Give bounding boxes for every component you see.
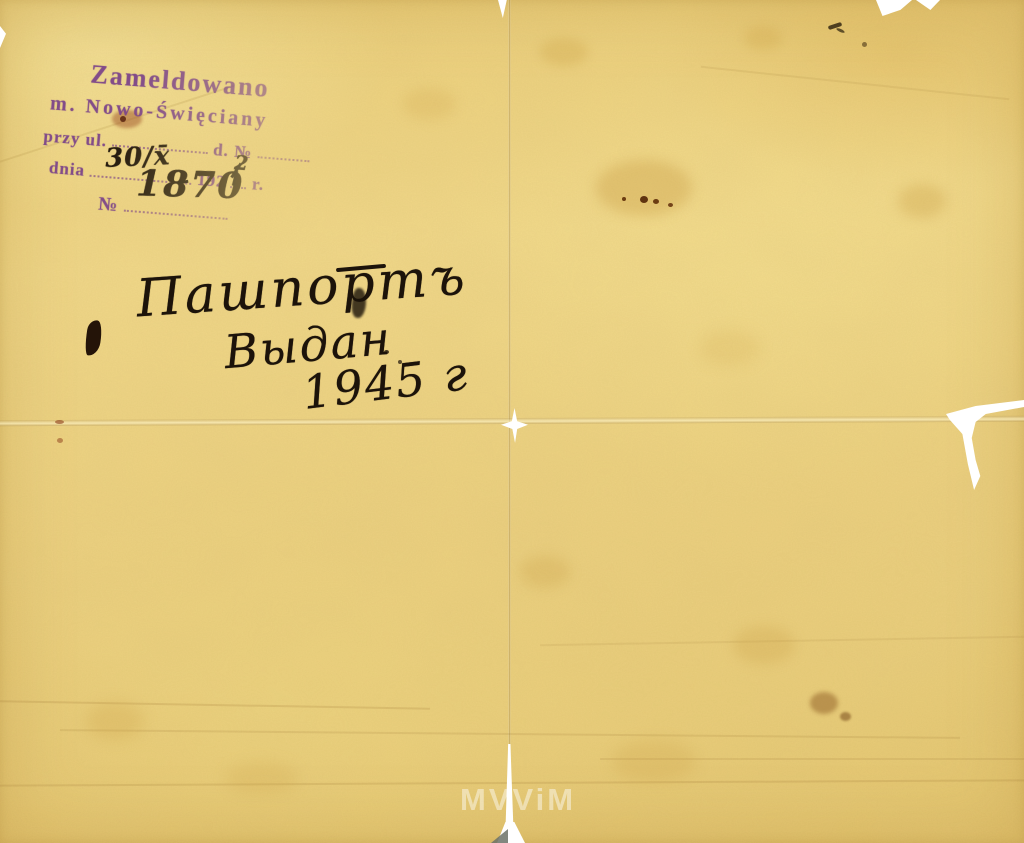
document-scan: Zameldowano m. Nowo-Święciany przy ul. d… [0, 0, 1024, 843]
stamp-number-label: № [97, 193, 119, 216]
dotted-rule [257, 141, 310, 162]
dotted-rule: 1870 [124, 192, 229, 219]
ink-overstrike [177, 179, 188, 183]
stamp-street-label: przy ul. [43, 126, 108, 150]
ink-dot [384, 350, 389, 354]
stamp-date-label: dnia [48, 158, 86, 180]
registration-stamp: Zameldowano m. Nowo-Święciany przy ul. d… [36, 56, 347, 234]
stamp-year-suffix: r. [251, 174, 265, 194]
handwritten-number: 1870 [135, 162, 244, 207]
archive-watermark: MVViM [460, 782, 576, 818]
